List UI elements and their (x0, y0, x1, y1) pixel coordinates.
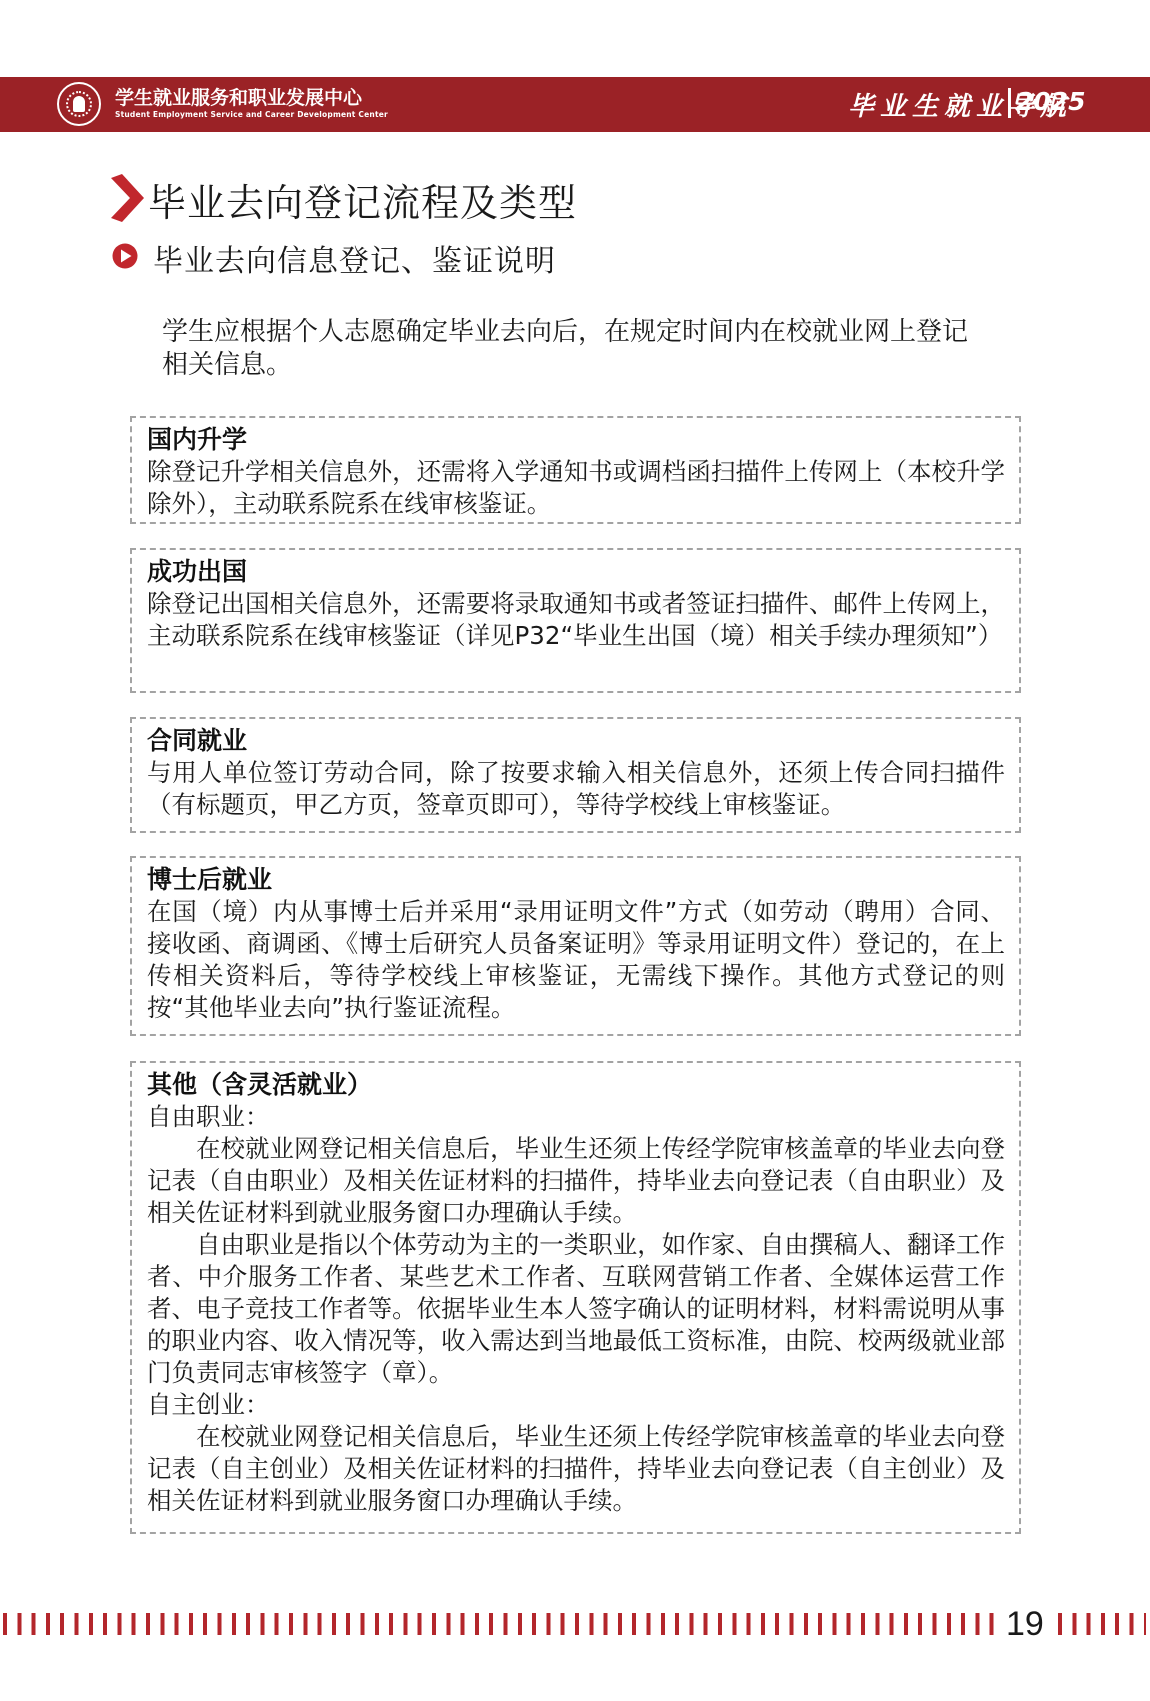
section-title: 国内升学 (147, 424, 1005, 456)
startup-label: 自主创业： (147, 1389, 1005, 1421)
freelance-label: 自由职业： (147, 1101, 1005, 1133)
section-body: 除登记出国相关信息外，还需要将录取通知书或者签证扫描件、邮件上传网上，主动联系院… (147, 588, 1005, 652)
section-other-flexible: 其他（含灵活就业） 自由职业： 在校就业网登记相关信息后，毕业生还须上传经学院审… (130, 1061, 1021, 1534)
org-name-en: Student Employment Service and Career De… (115, 110, 388, 119)
brand-year: 2025 (1016, 87, 1086, 116)
startup-paragraph: 在校就业网登记相关信息后，毕业生还须上传经学院审核盖章的毕业去向登记表（自主创业… (147, 1421, 1005, 1517)
section-title: 博士后就业 (147, 864, 1005, 896)
page-subtitle: 毕业去向信息登记、鉴证说明 (153, 236, 556, 280)
freelance-paragraph-2: 自由职业是指以个体劳动为主的一类职业，如作家、自由撰稿人、翻译工作者、中介服务工… (147, 1229, 1005, 1389)
section-body: 在国（境）内从事博士后并采用“录用证明文件”方式（如劳动（聘用）合同、接收函、商… (147, 896, 1005, 1024)
footer-stripes-left (3, 1613, 998, 1635)
org-name-cn: 学生就业服务和职业发展中心 (115, 83, 362, 110)
section-body: 与用人单位签订劳动合同，除了按要求输入相关信息外，还须上传合同扫描件（有标题页，… (147, 757, 1005, 821)
footer: 19 (0, 1613, 1150, 1635)
section-title: 合同就业 (147, 725, 1005, 757)
section-title: 成功出国 (147, 556, 1005, 588)
section-study-abroad: 成功出国 除登记出国相关信息外，还需要将录取通知书或者签证扫描件、邮件上传网上，… (130, 548, 1021, 693)
page-number: 19 (1006, 1605, 1044, 1644)
university-seal-icon (57, 82, 101, 126)
section-contract-employment: 合同就业 与用人单位签订劳动合同，除了按要求输入相关信息外，还须上传合同扫描件（… (130, 717, 1021, 833)
section-domestic-study: 国内升学 除登记升学相关信息外，还需将入学通知书或调档函扫描件上传网上（本校升学… (130, 416, 1021, 524)
intro-paragraph: 学生应根据个人志愿确定毕业去向后，在规定时间内在校就业网上登记相关信息。 (162, 316, 992, 382)
freelance-paragraph-1: 在校就业网登记相关信息后，毕业生还须上传经学院审核盖章的毕业去向登记表（自由职业… (147, 1133, 1005, 1229)
chevron-right-icon (108, 174, 146, 222)
seal-core (73, 96, 85, 112)
brand-divider (1008, 88, 1011, 118)
section-body: 除登记升学相关信息外，还需将入学通知书或调档函扫描件上传网上（本校升学除外），主… (147, 456, 1005, 520)
section-postdoc: 博士后就业 在国（境）内从事博士后并采用“录用证明文件”方式（如劳动（聘用）合同… (130, 856, 1021, 1036)
header-band: 学生就业服务和职业发展中心 Student Employment Service… (0, 77, 1150, 132)
section-title: 其他（含灵活就业） (147, 1069, 1005, 1101)
page-title: 毕业去向登记流程及类型 (148, 172, 577, 227)
play-circle-icon (112, 243, 138, 269)
footer-stripes-right (1058, 1613, 1146, 1635)
